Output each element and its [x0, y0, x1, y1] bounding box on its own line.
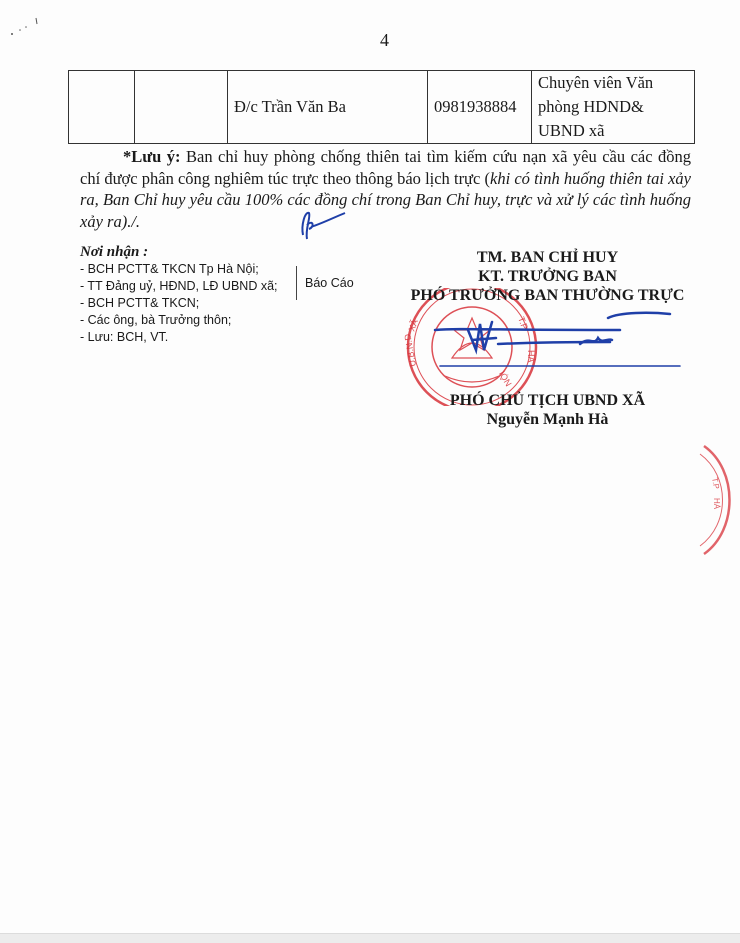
- cell-col1: [69, 71, 135, 144]
- note-paragraph: *Lưu ý: Ban chỉ huy phòng chống thiên ta…: [80, 146, 691, 232]
- cell-col2: [135, 71, 228, 144]
- svg-text:HÀ: HÀ: [712, 498, 721, 510]
- recipient-item: - Các ông, bà Trưởng thôn;: [80, 312, 278, 329]
- cell-position: Chuyên viên Văn phòng HDND& UBND xã: [532, 71, 695, 144]
- duty-roster-table: Đ/c Trần Văn Ba 0981938884 Chuyên viên V…: [68, 70, 695, 144]
- signer-block: PHÓ CHỦ TỊCH UBND XÃ Nguyễn Mạnh Hà: [380, 391, 715, 429]
- position-line: Chuyên viên Văn: [538, 71, 688, 95]
- handwritten-signature-icon: [380, 300, 720, 380]
- bracket-label: Báo Cáo: [305, 276, 354, 290]
- note-label: *Lưu ý:: [123, 147, 181, 166]
- recipients-bracket: [296, 266, 297, 300]
- recipients-list: Nơi nhận : - BCH PCTT& TKCN Tp Hà Nội; -…: [80, 243, 278, 346]
- initials-signature-icon: [295, 205, 355, 241]
- recipient-item: - BCH PCTT& TKCN;: [80, 295, 278, 312]
- recipient-item: - TT Đảng uỷ, HĐND, LĐ UBND xã;: [80, 278, 278, 295]
- cell-phone: 0981938884: [428, 71, 532, 144]
- cell-name: Đ/c Trần Văn Ba: [228, 71, 428, 144]
- svg-text:T.P: T.P: [710, 477, 721, 490]
- position-line: UBND xã: [538, 119, 688, 143]
- signer-name: Nguyễn Mạnh Hà: [380, 410, 715, 429]
- signature-line: KT. TRƯỞNG BAN: [380, 267, 715, 286]
- recipients-title: Nơi nhận :: [80, 243, 278, 261]
- scan-specks: [8, 14, 48, 44]
- partial-stamp-icon: T.P HÀ: [690, 440, 740, 560]
- signature-heading: TM. BAN CHỈ HUY KT. TRƯỞNG BAN PHÓ TRƯỞN…: [380, 248, 715, 305]
- signer-title: PHÓ CHỦ TỊCH UBND XÃ: [380, 391, 715, 410]
- position-line: phòng HDND&: [538, 95, 688, 119]
- page-bottom-edge: [0, 933, 740, 943]
- page-number: 4: [380, 30, 389, 51]
- table-row: Đ/c Trần Văn Ba 0981938884 Chuyên viên V…: [69, 71, 695, 144]
- recipient-item: - Lưu: BCH, VT.: [80, 329, 278, 346]
- recipient-item: - BCH PCTT& TKCN Tp Hà Nội;: [80, 261, 278, 278]
- signature-line: TM. BAN CHỈ HUY: [380, 248, 715, 267]
